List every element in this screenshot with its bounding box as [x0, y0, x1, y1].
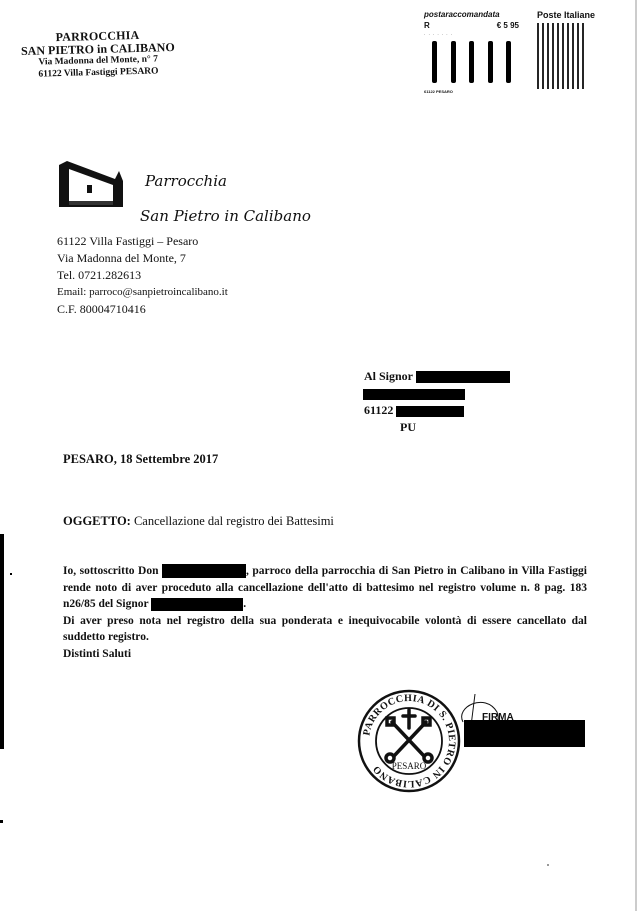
scan-speck: [10, 573, 12, 575]
letterhead-title-line-1: Parrocchia: [145, 172, 227, 190]
svg-text:PESARO: PESARO: [392, 761, 427, 771]
recipient-block: Al Signor 61122 PU: [364, 368, 510, 436]
postage-qr-stamp: Poste Italiane: [537, 10, 597, 96]
parish-header-stamp: PARROCCHIA SAN PIETRO in CALIBANO Via Ma…: [11, 28, 184, 82]
stamp-line-4: 61122 Villa Fastiggi PESARO: [12, 67, 184, 81]
email-address: parroco@sanpietroincalibano.it: [89, 286, 228, 298]
body-paragraph-1: Io, sottoscritto Don , parroco della par…: [63, 563, 587, 613]
postage-fine-print: · · · · · · ·: [424, 32, 519, 37]
subject-label: OGGETTO:: [63, 514, 131, 528]
subject-line: OGGETTO: Cancellazione dal registro dei …: [63, 514, 334, 529]
body-text-a: Io, sottoscritto Don: [63, 565, 158, 577]
letterhead-address-1: 61122 Villa Fastiggi – Pesaro: [57, 233, 228, 250]
church-building-icon: [57, 157, 127, 209]
redacted-signature-name: [464, 720, 585, 747]
recipient-salutation: Al Signor: [364, 369, 413, 383]
letterhead-email-row: Email: parroco@sanpietroincalibano.it: [57, 284, 228, 301]
body-paragraph-2: Di aver preso nota nel registro della su…: [63, 613, 587, 646]
letterhead-address-2: Via Madonna del Monte, 7: [57, 250, 228, 267]
qr-code-icon: [537, 23, 587, 89]
letterhead-title-line-2: San Pietro in Calibano: [140, 207, 311, 225]
recipient-postcode: 61122: [364, 403, 393, 417]
barcode-icon: [424, 41, 519, 83]
closing-salutation: Distinti Saluti: [63, 646, 587, 663]
parish-seal-stamp: PARROCCHIA DI S. PIETRO IN CALIBANO PESA…: [356, 688, 462, 794]
redacted-recipient-street: [363, 389, 465, 400]
postage-footer: 61122 PESARO: [424, 89, 519, 94]
postage-label: postaraccomandata R € 5 95 · · · · · · ·…: [424, 10, 519, 110]
scan-speck: [0, 820, 3, 823]
redacted-priest-name: [162, 564, 246, 578]
postage-amount: € 5 95: [497, 21, 519, 30]
scan-speck: [547, 864, 549, 866]
postage-brand: Poste Italiane: [537, 10, 597, 20]
redacted-recipient-city: [396, 406, 464, 417]
registered-mark: R: [424, 21, 430, 30]
letterhead-fiscal-code: C.F. 80004710416: [57, 301, 228, 318]
redacted-recipient-name: [416, 371, 510, 383]
postage-title: postaraccomandata: [424, 10, 519, 19]
redacted-person-name: [151, 598, 243, 611]
letterhead-phone: Tel. 0721.282613: [57, 267, 228, 284]
letter-date: PESARO, 18 Settembre 2017: [63, 452, 218, 467]
scan-edge-mark: [0, 534, 4, 749]
body-text-c: .: [243, 598, 246, 610]
letter-body: Io, sottoscritto Don , parroco della par…: [63, 563, 587, 662]
crossed-keys-icon: [386, 710, 432, 762]
subject-text: Cancellazione dal registro dei Battesimi: [134, 514, 334, 528]
recipient-province: PU: [364, 419, 510, 436]
email-label: Email:: [57, 286, 86, 298]
letterhead-contact-block: 61122 Villa Fastiggi – Pesaro Via Madonn…: [57, 233, 228, 318]
